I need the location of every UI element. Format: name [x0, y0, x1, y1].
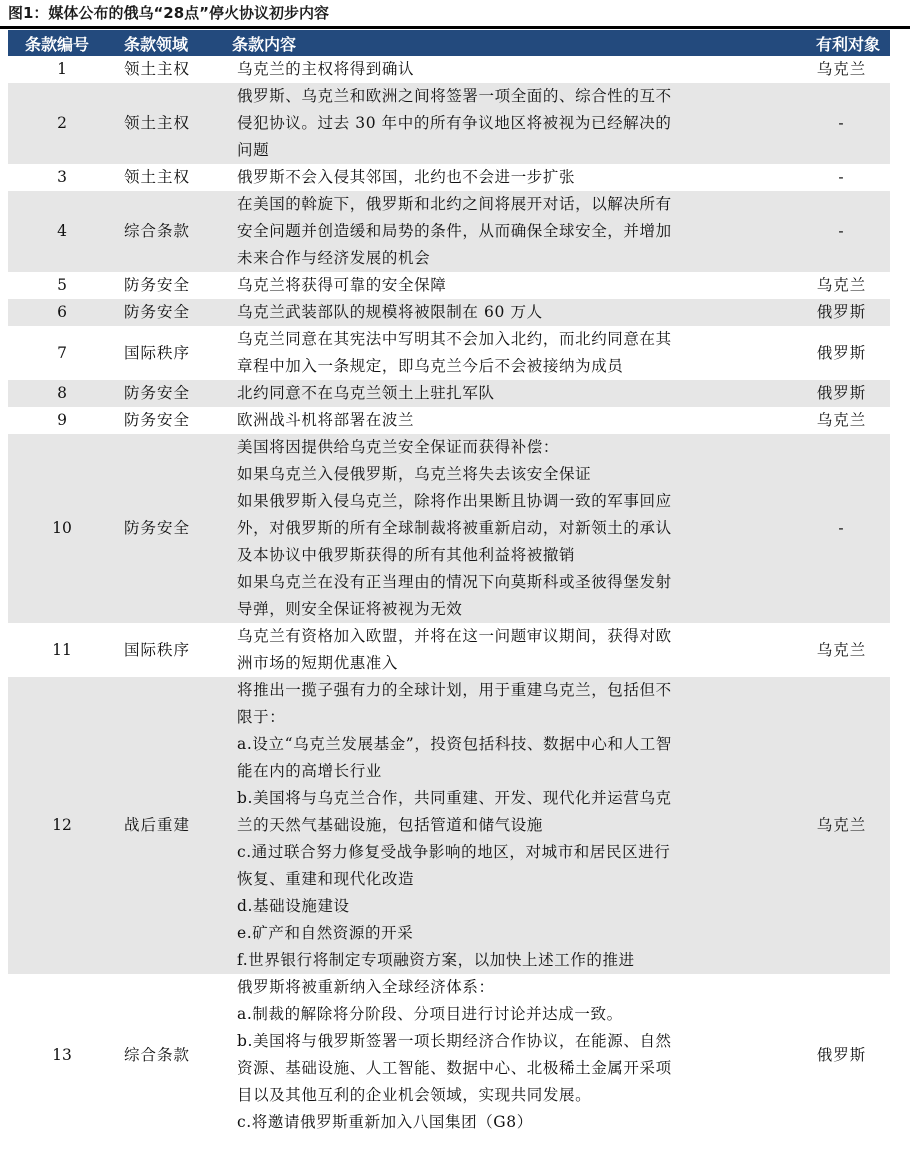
clause-content-line: 乌克兰同意在其宪法中写明其不会加入北约，而北约同意在其 [237, 326, 765, 353]
clause-domain-cell: 防务安全 [106, 434, 222, 623]
table-row: 1领土主权乌克兰的主权将得到确认乌克兰 [8, 56, 890, 83]
header-clause-domain: 条款领域 [106, 30, 222, 56]
table-row: 2领土主权俄罗斯、乌克兰和欧洲之间将签署一项全面的、综合性的互不侵犯协议。过去 … [8, 83, 890, 164]
clause-content-line: a.设立“乌克兰发展基金”，投资包括科技、数据中心和人工智 [237, 731, 765, 758]
beneficiary-cell: - [777, 164, 890, 191]
clause-content-line: 乌克兰有资格加入欧盟，并将在这一问题审议期间，获得对欧 [237, 623, 765, 650]
beneficiary-cell: - [777, 83, 890, 164]
figure-caption: 图1：媒体公布的俄乌“28点”停火协议初步内容 [8, 2, 329, 24]
clause-number-cell: 3 [8, 164, 106, 191]
clause-content-cell: 乌克兰的主权将得到确认 [222, 56, 777, 83]
clause-number-cell: 6 [8, 299, 106, 326]
beneficiary-cell: 乌克兰 [777, 677, 890, 974]
beneficiary-cell: 俄罗斯 [777, 380, 890, 407]
clause-content-line: 乌克兰将获得可靠的安全保障 [237, 272, 765, 299]
table-row: 13综合条款俄罗斯将被重新纳入全球经济体系：a.制裁的解除将分阶段、分项目进行讨… [8, 974, 890, 1136]
beneficiary-cell: 俄罗斯 [777, 299, 890, 326]
clause-content-line: f.世界银行将制定专项融资方案，以加快上述工作的推进 [237, 947, 765, 974]
clause-content-cell: 在美国的斡旋下，俄罗斯和北约之间将展开对话，以解决所有安全问题并创造缓和局势的条… [222, 191, 777, 272]
table-row: 11国际秩序乌克兰有资格加入欧盟，并将在这一问题审议期间，获得对欧洲市场的短期优… [8, 623, 890, 677]
clause-content-line: 限于： [237, 704, 765, 731]
table-row: 4综合条款在美国的斡旋下，俄罗斯和北约之间将展开对话，以解决所有安全问题并创造缓… [8, 191, 890, 272]
table-row: 12战后重建将推出一揽子强有力的全球计划，用于重建乌克兰，包括但不限于：a.设立… [8, 677, 890, 974]
clause-content-line: 及本协议中俄罗斯获得的所有其他利益将被撤销 [237, 542, 765, 569]
clause-domain-cell: 防务安全 [106, 380, 222, 407]
clause-content-line: 侵犯协议。过去 30 年中的所有争议地区将被视为已经解决的 [237, 110, 765, 137]
clause-content-line: 能在内的高增长行业 [237, 758, 765, 785]
clause-number-cell: 4 [8, 191, 106, 272]
clause-number-cell: 10 [8, 434, 106, 623]
beneficiary-cell: 乌克兰 [777, 407, 890, 434]
clause-number-cell: 7 [8, 326, 106, 380]
table-header-row: 条款编号 条款领域 条款内容 有利对象 [8, 30, 890, 56]
clause-content-line: 如果俄罗斯入侵乌克兰，除将作出果断且协调一致的军事回应 [237, 488, 765, 515]
clause-content-line: 俄罗斯不会入侵其邻国，北约也不会进一步扩张 [237, 164, 765, 191]
clause-content-line: 美国将因提供给乌克兰安全保证而获得补偿： [237, 434, 765, 461]
clause-content-cell: 俄罗斯将被重新纳入全球经济体系：a.制裁的解除将分阶段、分项目进行讨论并达成一致… [222, 974, 777, 1136]
clause-domain-cell: 领土主权 [106, 56, 222, 83]
clause-content-line: 目以及其他互利的企业机会领域，实现共同发展。 [237, 1082, 765, 1109]
beneficiary-cell: 乌克兰 [777, 272, 890, 299]
header-clause-number: 条款编号 [8, 30, 106, 56]
beneficiary-cell: - [777, 434, 890, 623]
header-clause-content: 条款内容 [222, 30, 777, 56]
ceasefire-terms-table: 条款编号 条款领域 条款内容 有利对象 1领土主权乌克兰的主权将得到确认乌克兰2… [8, 30, 890, 1136]
clause-domain-cell: 防务安全 [106, 272, 222, 299]
clause-content-line: 乌克兰的主权将得到确认 [237, 56, 765, 83]
clause-number-cell: 2 [8, 83, 106, 164]
clause-domain-cell: 领土主权 [106, 164, 222, 191]
clause-content-cell: 乌克兰武装部队的规模将被限制在 60 万人 [222, 299, 777, 326]
beneficiary-cell: 俄罗斯 [777, 974, 890, 1136]
clause-content-line: b.美国将与俄罗斯签署一项长期经济合作协议，在能源、自然 [237, 1028, 765, 1055]
clause-content-line: c.通过联合努力修复受战争影响的地区，对城市和居民区进行 [237, 839, 765, 866]
clause-content-line: 外，对俄罗斯的所有全球制裁将被重新启动，对新领土的承认 [237, 515, 765, 542]
clause-content-line: 未来合作与经济发展的机会 [237, 245, 765, 272]
clause-content-line: 俄罗斯将被重新纳入全球经济体系： [237, 974, 765, 1001]
clause-content-line: 乌克兰武装部队的规模将被限制在 60 万人 [237, 299, 765, 326]
clause-domain-cell: 国际秩序 [106, 326, 222, 380]
clause-content-cell: 俄罗斯不会入侵其邻国，北约也不会进一步扩张 [222, 164, 777, 191]
beneficiary-cell: 乌克兰 [777, 56, 890, 83]
clause-domain-cell: 国际秩序 [106, 623, 222, 677]
clause-content-cell: 欧洲战斗机将部署在波兰 [222, 407, 777, 434]
clause-content-cell: 北约同意不在乌克兰领土上驻扎军队 [222, 380, 777, 407]
clause-content-line: 章程中加入一条规定，即乌克兰今后不会被接纳为成员 [237, 353, 765, 380]
beneficiary-cell: 俄罗斯 [777, 326, 890, 380]
clause-content-line: c.将邀请俄罗斯重新加入八国集团（G8） [237, 1109, 765, 1136]
clause-number-cell: 8 [8, 380, 106, 407]
clause-content-line: 兰的天然气基础设施，包括管道和储气设施 [237, 812, 765, 839]
clause-number-cell: 1 [8, 56, 106, 83]
clause-content-line: 洲市场的短期优惠准入 [237, 650, 765, 677]
clause-content-line: 北约同意不在乌克兰领土上驻扎军队 [237, 380, 765, 407]
clause-content-cell: 俄罗斯、乌克兰和欧洲之间将签署一项全面的、综合性的互不侵犯协议。过去 30 年中… [222, 83, 777, 164]
clause-content-line: 资源、基础设施、人工智能、数据中心、北极稀土金属开采项 [237, 1055, 765, 1082]
clause-content-line: 问题 [237, 137, 765, 164]
clause-content-cell: 乌克兰将获得可靠的安全保障 [222, 272, 777, 299]
table-row: 7国际秩序乌克兰同意在其宪法中写明其不会加入北约，而北约同意在其章程中加入一条规… [8, 326, 890, 380]
table-body: 1领土主权乌克兰的主权将得到确认乌克兰2领土主权俄罗斯、乌克兰和欧洲之间将签署一… [8, 56, 890, 1136]
clause-number-cell: 5 [8, 272, 106, 299]
top-rule-divider [0, 26, 910, 29]
clause-content-line: a.制裁的解除将分阶段、分项目进行讨论并达成一致。 [237, 1001, 765, 1028]
clause-number-cell: 11 [8, 623, 106, 677]
clause-content-cell: 将推出一揽子强有力的全球计划，用于重建乌克兰，包括但不限于：a.设立“乌克兰发展… [222, 677, 777, 974]
beneficiary-cell: 乌克兰 [777, 623, 890, 677]
clause-content-cell: 美国将因提供给乌克兰安全保证而获得补偿：如果乌克兰入侵俄罗斯，乌克兰将失去该安全… [222, 434, 777, 623]
clause-domain-cell: 防务安全 [106, 407, 222, 434]
clause-domain-cell: 综合条款 [106, 974, 222, 1136]
clause-content-line: 将推出一揽子强有力的全球计划，用于重建乌克兰，包括但不 [237, 677, 765, 704]
clause-content-line: 欧洲战斗机将部署在波兰 [237, 407, 765, 434]
clause-content-line: 俄罗斯、乌克兰和欧洲之间将签署一项全面的、综合性的互不 [237, 83, 765, 110]
clause-content-cell: 乌克兰有资格加入欧盟，并将在这一问题审议期间，获得对欧洲市场的短期优惠准入 [222, 623, 777, 677]
clause-content-line: d.基础设施建设 [237, 893, 765, 920]
clause-domain-cell: 战后重建 [106, 677, 222, 974]
clause-content-line: 在美国的斡旋下，俄罗斯和北约之间将展开对话，以解决所有 [237, 191, 765, 218]
clause-number-cell: 12 [8, 677, 106, 974]
table-row: 3领土主权俄罗斯不会入侵其邻国，北约也不会进一步扩张- [8, 164, 890, 191]
table-row: 6防务安全乌克兰武装部队的规模将被限制在 60 万人俄罗斯 [8, 299, 890, 326]
table-row: 10防务安全美国将因提供给乌克兰安全保证而获得补偿：如果乌克兰入侵俄罗斯，乌克兰… [8, 434, 890, 623]
beneficiary-cell: - [777, 191, 890, 272]
table-row: 5防务安全乌克兰将获得可靠的安全保障乌克兰 [8, 272, 890, 299]
clause-domain-cell: 领土主权 [106, 83, 222, 164]
clause-content-line: b.美国将与乌克兰合作，共同重建、开发、现代化并运营乌克 [237, 785, 765, 812]
clause-content-line: 如果乌克兰入侵俄罗斯，乌克兰将失去该安全保证 [237, 461, 765, 488]
clause-number-cell: 13 [8, 974, 106, 1136]
clause-content-cell: 乌克兰同意在其宪法中写明其不会加入北约，而北约同意在其章程中加入一条规定，即乌克… [222, 326, 777, 380]
clause-domain-cell: 防务安全 [106, 299, 222, 326]
table-row: 8防务安全北约同意不在乌克兰领土上驻扎军队俄罗斯 [8, 380, 890, 407]
clause-content-line: 如果乌克兰在没有正当理由的情况下向莫斯科或圣彼得堡发射 [237, 569, 765, 596]
clause-number-cell: 9 [8, 407, 106, 434]
table-row: 9防务安全欧洲战斗机将部署在波兰乌克兰 [8, 407, 890, 434]
clause-content-line: 安全问题并创造缓和局势的条件，从而确保全球安全，并增加 [237, 218, 765, 245]
clause-content-line: e.矿产和自然资源的开采 [237, 920, 765, 947]
clause-domain-cell: 综合条款 [106, 191, 222, 272]
header-beneficiary: 有利对象 [777, 30, 890, 56]
clause-content-line: 恢复、重建和现代化改造 [237, 866, 765, 893]
clause-content-line: 导弹，则安全保证将被视为无效 [237, 596, 765, 623]
